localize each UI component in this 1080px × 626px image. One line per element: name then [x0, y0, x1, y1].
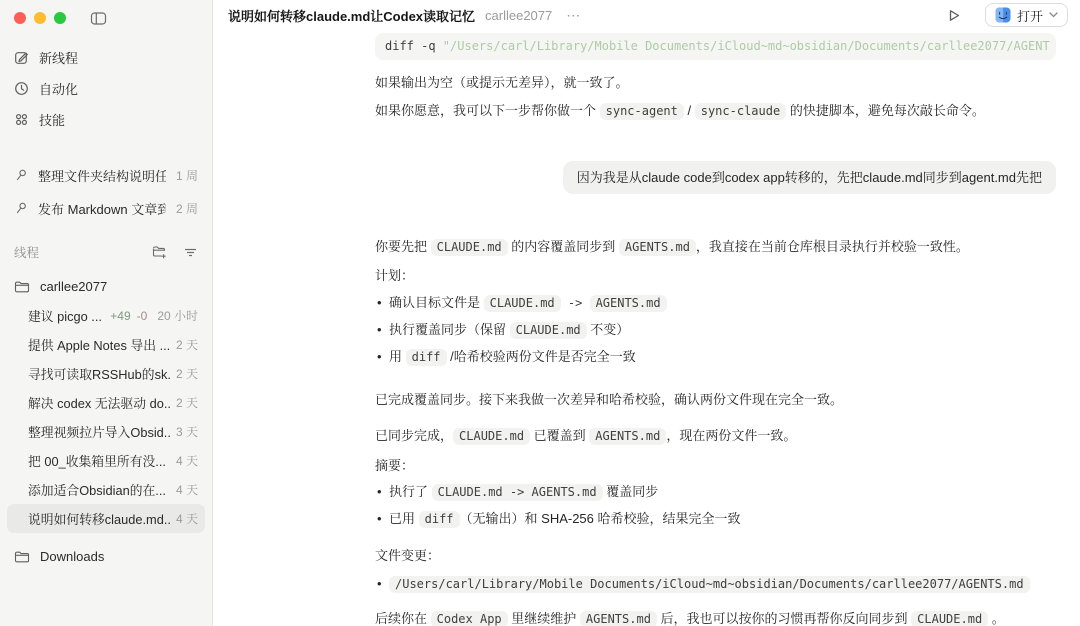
inline-code-chip: AGENTS.md — [590, 295, 667, 312]
text-segment: / — [684, 103, 695, 118]
thread-label: 解决 codex 无法驱动 do... — [28, 393, 170, 412]
text-segment: 的快捷脚本，避免每次敲长命令。 — [786, 103, 985, 118]
chevron-down-icon — [1049, 12, 1058, 18]
inline-code-chip: sync-claude — [695, 103, 786, 120]
thread-row[interactable]: 解决 codex 无法驱动 do...2 天 — [7, 388, 205, 417]
text-segment: ，我直接在当前仓库根目录执行并校验一致性。 — [696, 239, 969, 254]
text-segment: 已覆盖到 — [530, 428, 589, 443]
user-message-bubble: 因为我是从claude code到codex app转移的，先把claude.m… — [563, 161, 1056, 194]
sidebar-item-label: 新线程 — [39, 48, 78, 67]
diff-additions: +49 — [110, 309, 130, 323]
workspace-name: carllee2077 — [485, 8, 552, 23]
thread-row[interactable]: 寻找可读取RSSHub的sk...2 天 — [7, 359, 205, 388]
thread-label: 提供 Apple Notes 导出 ... — [28, 335, 170, 354]
message-paragraph: 文件变更： — [375, 547, 1056, 564]
thread-time: 4 天 — [176, 452, 198, 469]
thread-time: 4 天 — [176, 510, 198, 527]
message-paragraph: 如果你愿意，我可以下一步帮你做一个 sync-agent / sync-clau… — [375, 102, 1056, 120]
message-paragraph: 摘要： — [375, 457, 1056, 474]
thread-time: 4 天 — [176, 481, 198, 498]
filter-threads-icon[interactable] — [183, 246, 198, 258]
folder-icon — [14, 550, 30, 564]
text-segment: 执行覆盖同步（保留 — [389, 322, 510, 337]
clock-icon — [14, 81, 29, 96]
thread-label: 说明如何转移claude.md... — [28, 509, 170, 528]
text-segment: 因为我是从claude code到codex app转移的，先把claude.m… — [577, 170, 1042, 185]
list-item: /Users/carl/Library/Mobile Documents/iCl… — [375, 575, 1056, 593]
app-window: 新线程自动化技能 整理文件夹结构说明任...1 周发布 Markdown 文章到… — [0, 0, 1080, 626]
text-segment: 的内容覆盖同步到 — [508, 239, 619, 254]
text-segment: 不变） — [587, 322, 630, 337]
thread-row[interactable]: 添加适合Obsidian的在...4 天 — [7, 475, 205, 504]
inline-code-chip: CLAUDE.md — [453, 428, 530, 445]
text-segment: 执行了 — [389, 484, 432, 499]
text-segment: 如果你愿意，我可以下一步帮你做一个 — [375, 103, 600, 118]
text-segment: 覆盖同步 — [603, 484, 659, 499]
text-segment: 摘要： — [375, 458, 414, 473]
list-item: 执行了 CLAUDE.md -> AGENTS.md 覆盖同步 — [375, 483, 1056, 501]
pinned-thread[interactable]: 整理文件夹结构说明任...1 周 — [0, 159, 212, 192]
inline-code-chip: CLAUDE.md — [484, 295, 561, 312]
open-button-label: 打开 — [1017, 6, 1043, 25]
text-segment: 里继续维护 — [508, 611, 580, 626]
sidebar-item-2[interactable]: 技能 — [0, 104, 212, 135]
inline-code-chip: /Users/carl/Library/Mobile Documents/iCl… — [389, 576, 1030, 593]
main-area: 说明如何转移claude.md让Codex读取记忆 carllee2077 ⋯ — [213, 0, 1080, 626]
text-segment: 后，我也可以按你的习惯再帮你反向同步到 — [657, 611, 911, 626]
compose-icon — [14, 50, 29, 65]
text-segment: 已用 — [389, 511, 419, 526]
inline-code-chip: Codex App — [431, 611, 508, 626]
thread-folders: carllee2077建议 picgo ...+49-020 小时提供 Appl… — [0, 272, 212, 571]
sidebar-nav: 新线程自动化技能 — [0, 42, 212, 135]
code-block: diff -q "/Users/carl/Library/Mobile Docu… — [375, 33, 1056, 60]
list-item: 确认目标文件是 CLAUDE.md -> AGENTS.md — [375, 294, 1056, 312]
threads-header-actions — [152, 245, 198, 259]
text-segment: 你要先把 — [375, 239, 431, 254]
text-segment: 后续你在 — [375, 611, 431, 626]
new-folder-icon[interactable] — [152, 245, 168, 259]
thread-time: 2 天 — [176, 365, 198, 382]
sidebar: 新线程自动化技能 整理文件夹结构说明任...1 周发布 Markdown 文章到… — [0, 0, 213, 626]
message-paragraph: 如果输出为空（或提示无差异），就一致了。 — [375, 74, 1056, 91]
text-segment: （无输出）和 SHA-256 哈希校验，结果完全一致 — [460, 511, 741, 526]
message-paragraph: 计划： — [375, 267, 1056, 284]
sidebar-item-label: 自动化 — [39, 79, 78, 98]
text-segment: 。 — [988, 611, 1005, 626]
folder-row[interactable]: carllee2077 — [0, 272, 212, 301]
message-paragraph: 已同步完成，CLAUDE.md 已覆盖到 AGENTS.md，现在两份文件一致。 — [375, 427, 1056, 445]
thread-label: 寻找可读取RSSHub的sk... — [28, 364, 170, 383]
list-item: 用 diff /哈希校验两份文件是否完全一致 — [375, 348, 1056, 366]
skills-icon — [14, 112, 29, 127]
thread-row[interactable]: 说明如何转移claude.md...4 天 — [7, 504, 205, 533]
chat-transcript: diff -q "/Users/carl/Library/Mobile Docu… — [375, 30, 1056, 626]
thread-time: 2 天 — [176, 394, 198, 411]
thread-row[interactable]: 把 00_收集箱里所有没...4 天 — [7, 446, 205, 475]
inline-code-chip: AGENTS.md — [580, 611, 657, 626]
message-paragraph: 已完成覆盖同步。接下来我做一次差异和哈希校验，确认两份文件现在完全一致。 — [375, 391, 1056, 408]
minimize-window-button[interactable] — [34, 12, 46, 24]
message-list: /Users/carl/Library/Mobile Documents/iCl… — [375, 575, 1056, 593]
folder-icon — [14, 280, 30, 294]
top-bar: 说明如何转移claude.md让Codex读取记忆 carllee2077 ⋯ — [213, 0, 1080, 30]
open-button[interactable]: 打开 — [985, 3, 1068, 27]
zoom-window-button[interactable] — [54, 12, 66, 24]
thread-time: 2 天 — [176, 336, 198, 353]
code-string: "/Users/carl/Library/Mobile Documents/iC… — [443, 39, 1050, 53]
inline-code-chip: diff — [419, 511, 460, 528]
folder-label: Downloads — [40, 549, 104, 564]
inline-code-chip: CLAUDE.md — [510, 322, 587, 339]
inline-code-chip: sync-agent — [600, 103, 684, 120]
thread-label: 整理视频拉片导入Obsid... — [28, 422, 170, 441]
window-controls — [0, 10, 212, 26]
pinned-thread-time: 1 周 — [176, 167, 198, 184]
message-paragraph: 后续你在 Codex App 里继续维护 AGENTS.md 后，我也可以按你的… — [375, 610, 1056, 626]
diff-deletions: -0 — [137, 309, 148, 323]
sidebar-item-label: 技能 — [39, 110, 65, 129]
close-window-button[interactable] — [14, 12, 26, 24]
pinned-thread-label: 整理文件夹结构说明任... — [38, 166, 166, 185]
text-segment: 计划： — [375, 268, 414, 283]
text-segment: 文件变更： — [375, 548, 440, 563]
text-segment: 已同步完成， — [375, 428, 453, 443]
run-icon[interactable] — [947, 8, 961, 23]
pinned-thread-time: 2 周 — [176, 200, 198, 217]
inline-code-chip: AGENTS.md — [589, 428, 666, 445]
text-segment: 确认目标文件是 — [389, 295, 484, 310]
pinned-thread[interactable]: 发布 Markdown 文章到 ...2 周 — [0, 192, 212, 225]
text-segment: ，现在两份文件一致。 — [666, 428, 796, 443]
inline-code-chip: CLAUDE.md — [431, 239, 508, 256]
text-segment: /哈希校验两份文件是否完全一致 — [447, 349, 636, 364]
message-paragraph: 你要先把 CLAUDE.md 的内容覆盖同步到 AGENTS.md，我直接在当前… — [375, 238, 1056, 256]
thread-time: 20 小时 — [157, 307, 198, 324]
inline-code-chip: CLAUDE.md -> AGENTS.md — [432, 484, 603, 501]
inline-code-chip: CLAUDE.md — [911, 611, 988, 626]
thread-time: 3 天 — [176, 423, 198, 440]
list-item: 执行覆盖同步（保留 CLAUDE.md 不变） — [375, 321, 1056, 339]
inline-code: diff -q — [385, 39, 443, 53]
threads-section-header: 线程 — [0, 241, 212, 263]
message-list: 确认目标文件是 CLAUDE.md -> AGENTS.md执行覆盖同步（保留 … — [375, 294, 1056, 366]
sidebar-item-1[interactable]: 自动化 — [0, 73, 212, 104]
page-title: 说明如何转移claude.md让Codex读取记忆 — [228, 6, 475, 25]
thread-label: 添加适合Obsidian的在... — [28, 480, 170, 499]
thread-row[interactable]: 提供 Apple Notes 导出 ...2 天 — [7, 330, 205, 359]
finder-icon — [995, 7, 1011, 23]
threads-section-title: 线程 — [14, 243, 152, 261]
thread-label: 把 00_收集箱里所有没... — [28, 451, 170, 470]
thread-row[interactable]: 建议 picgo ...+49-020 小时 — [7, 301, 205, 330]
sidebar-item-0[interactable]: 新线程 — [0, 42, 212, 73]
folder-row[interactable]: Downloads — [0, 542, 212, 571]
user-message-row: 因为我是从claude code到codex app转移的，先把claude.m… — [375, 161, 1056, 194]
text-segment: 如果输出为空（或提示无差异），就一致了。 — [375, 75, 629, 90]
sidebar-toggle-icon[interactable] — [90, 11, 107, 26]
inline-code-chip: diff — [406, 349, 447, 366]
thread-label: 建议 picgo ... — [28, 306, 104, 325]
inline-code-chip: AGENTS.md — [619, 239, 696, 256]
pinned-threads: 整理文件夹结构说明任...1 周发布 Markdown 文章到 ...2 周 — [0, 159, 212, 225]
thread-row[interactable]: 整理视频拉片导入Obsid...3 天 — [7, 417, 205, 446]
more-options-button[interactable]: ⋯ — [566, 7, 581, 24]
pinned-thread-label: 发布 Markdown 文章到 ... — [38, 199, 166, 218]
list-item: 已用 diff（无输出）和 SHA-256 哈希校验，结果完全一致 — [375, 510, 1056, 528]
pin-icon — [14, 201, 28, 216]
text-segment: 用 — [389, 349, 406, 364]
pin-icon — [14, 168, 28, 183]
message-list: 执行了 CLAUDE.md -> AGENTS.md 覆盖同步已用 diff（无… — [375, 483, 1056, 528]
folder-label: carllee2077 — [40, 279, 107, 294]
text-segment: 已完成覆盖同步。接下来我做一次差异和哈希校验，确认两份文件现在完全一致。 — [375, 392, 843, 407]
inline-code: -> — [561, 296, 590, 310]
